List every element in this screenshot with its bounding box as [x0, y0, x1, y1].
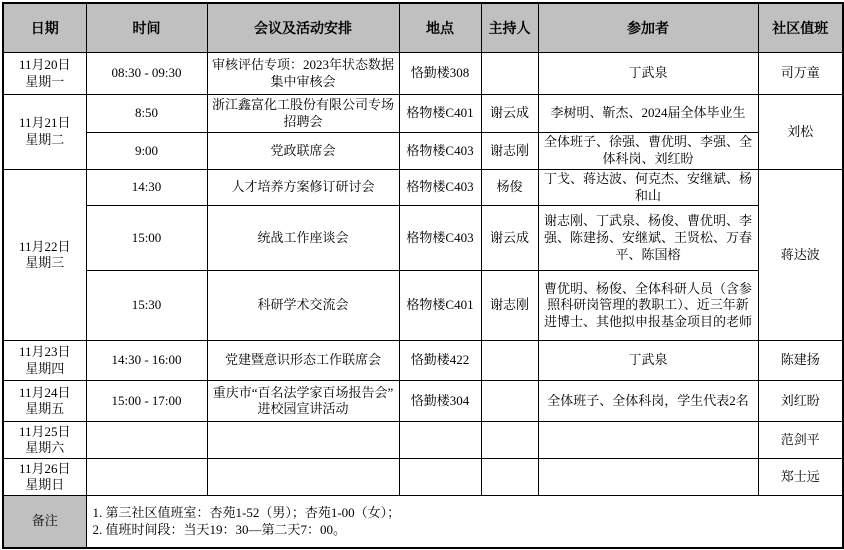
participants-cell: 丁戈、蒋达波、何克杰、安继斌、杨和山	[538, 170, 758, 206]
duty-cell: 司万童	[758, 53, 843, 95]
time-cell: 15:00 - 17:00	[86, 381, 207, 422]
date-text: 11月26日	[7, 461, 83, 478]
date-text: 11月25日	[7, 424, 83, 441]
location-cell: 恪勤楼308	[399, 53, 481, 95]
header-cell-participants: 参加者	[538, 3, 758, 53]
host-cell: 谢云成	[481, 95, 538, 133]
activity-cell: 人才培养方案修订研讨会	[207, 170, 399, 206]
table-row: 11月23日 星期四 14:30 - 16:00 党建暨意识形态工作联席会 恪勤…	[3, 341, 843, 381]
host-cell: 谢志刚	[481, 271, 538, 341]
table-row: 15:30 科研学术交流会 格物楼C401 谢志刚 曹优明、杨俊、全体科研人员（…	[3, 271, 843, 341]
date-cell: 11月21日 星期二	[3, 95, 86, 170]
host-cell	[481, 341, 538, 381]
weekday-text: 星期日	[7, 477, 83, 494]
time-cell	[86, 459, 207, 496]
participants-cell	[538, 459, 758, 496]
table-row: 11月26日 星期日 郑士远	[3, 459, 843, 496]
header-cell-host: 主持人	[481, 3, 538, 53]
host-cell: 谢云成	[481, 206, 538, 271]
weekday-text: 星期二	[7, 132, 83, 149]
remark-label: 备注	[3, 496, 86, 548]
host-cell: 谢志刚	[481, 133, 538, 170]
weekday-text: 星期三	[7, 255, 83, 272]
location-cell: 格物楼C403	[399, 133, 481, 170]
duty-cell: 蒋达波	[758, 170, 843, 341]
date-cell: 11月24日 星期五	[3, 381, 86, 422]
date-text: 11月21日	[7, 115, 83, 132]
date-cell: 11月22日 星期三	[3, 170, 86, 341]
date-cell: 11月20日 星期一	[3, 53, 86, 95]
location-cell: 格物楼C403	[399, 206, 481, 271]
activity-cell: 科研学术交流会	[207, 271, 399, 341]
duty-cell: 陈建扬	[758, 341, 843, 381]
time-cell: 14:30 - 16:00	[86, 341, 207, 381]
date-cell: 11月25日 星期六	[3, 422, 86, 459]
location-cell	[399, 422, 481, 459]
host-cell	[481, 459, 538, 496]
activity-cell: 重庆市“百名法学家百场报告会” 进校园宣讲活动	[207, 381, 399, 422]
activity-cell: 浙江鑫富化工股份有限公司专场招聘会	[207, 95, 399, 133]
activity-cell: 审核评估专项：2023年状态数据集中审核会	[207, 53, 399, 95]
header-cell-location: 地点	[399, 3, 481, 53]
table-row: 9:00 党政联席会 格物楼C403 谢志刚 全体班子、徐强、曹优明、李强、全体…	[3, 133, 843, 170]
location-cell: 格物楼C403	[399, 170, 481, 206]
duty-cell: 刘红盼	[758, 381, 843, 422]
location-cell: 格物楼C401	[399, 95, 481, 133]
date-text: 11月20日	[7, 57, 83, 74]
weekday-text: 星期四	[7, 361, 83, 378]
header-cell-activity: 会议及活动安排	[207, 3, 399, 53]
participants-cell: 李树明、靳杰、2024届全体毕业生	[538, 95, 758, 133]
table-row: 11月22日 星期三 14:30 人才培养方案修订研讨会 格物楼C403 杨俊 …	[3, 170, 843, 206]
table-row: 11月24日 星期五 15:00 - 17:00 重庆市“百名法学家百场报告会”…	[3, 381, 843, 422]
participants-cell: 曹优明、杨俊、全体科研人员（含参照科研岗管理的教职工）、近三年新进博士、其他拟申…	[538, 271, 758, 341]
date-text: 11月23日	[7, 344, 83, 361]
remark-line-1: 1. 第三社区值班室：杏苑1-52（男）；杏苑1-00（女）；	[93, 505, 840, 522]
participants-cell: 全体班子、徐强、曹优明、李强、全体科岗、刘红盼	[538, 133, 758, 170]
date-cell: 11月23日 星期四	[3, 341, 86, 381]
time-cell: 08:30 - 09:30	[86, 53, 207, 95]
participants-cell: 谢志刚、丁武泉、杨俊、曹优明、李强、陈建扬、安继斌、王贤松、万春平、陈国榕	[538, 206, 758, 271]
duty-cell: 郑士远	[758, 459, 843, 496]
header-cell-time: 时间	[86, 3, 207, 53]
participants-cell: 丁武泉	[538, 53, 758, 95]
host-cell: 杨俊	[481, 170, 538, 206]
weekday-text: 星期一	[7, 74, 83, 91]
host-cell	[481, 422, 538, 459]
duty-cell: 范剑平	[758, 422, 843, 459]
location-cell: 格物楼C401	[399, 271, 481, 341]
location-cell	[399, 459, 481, 496]
time-cell	[86, 422, 207, 459]
time-cell: 14:30	[86, 170, 207, 206]
activity-cell	[207, 422, 399, 459]
remark-row: 备注 1. 第三社区值班室：杏苑1-52（男）；杏苑1-00（女）； 2. 值班…	[3, 496, 843, 548]
participants-cell: 丁武泉	[538, 341, 758, 381]
time-cell: 8:50	[86, 95, 207, 133]
weekday-text: 星期五	[7, 401, 83, 418]
participants-cell	[538, 422, 758, 459]
location-cell: 恪勤楼422	[399, 341, 481, 381]
date-cell: 11月26日 星期日	[3, 459, 86, 496]
table-row: 11月25日 星期六 范剑平	[3, 422, 843, 459]
date-text: 11月22日	[7, 239, 83, 256]
location-cell: 恪勤楼304	[399, 381, 481, 422]
time-cell: 15:30	[86, 271, 207, 341]
duty-cell: 刘松	[758, 95, 843, 170]
activity-cell	[207, 459, 399, 496]
time-cell: 15:00	[86, 206, 207, 271]
header-cell-duty: 社区值班	[758, 3, 843, 53]
remark-body: 1. 第三社区值班室：杏苑1-52（男）；杏苑1-00（女）； 2. 值班时间段…	[86, 496, 843, 548]
header-row: 日期 时间 会议及活动安排 地点 主持人 参加者 社区值班	[3, 3, 843, 53]
participants-cell: 全体班子、全体科岗，学生代表2名	[538, 381, 758, 422]
time-cell: 9:00	[86, 133, 207, 170]
remark-line-2: 2. 值班时间段：当天19：30—第二天7：00。	[93, 522, 840, 539]
weekday-text: 星期六	[7, 440, 83, 457]
table-row: 11月21日 星期二 8:50 浙江鑫富化工股份有限公司专场招聘会 格物楼C40…	[3, 95, 843, 133]
table-row: 15:00 统战工作座谈会 格物楼C403 谢云成 谢志刚、丁武泉、杨俊、曹优明…	[3, 206, 843, 271]
host-cell	[481, 53, 538, 95]
table-row: 11月20日 星期一 08:30 - 09:30 审核评估专项：2023年状态数…	[3, 53, 843, 95]
date-text: 11月24日	[7, 385, 83, 402]
activity-cell: 党政联席会	[207, 133, 399, 170]
header-cell-date: 日期	[3, 3, 86, 53]
weekly-schedule-table: 日期 时间 会议及活动安排 地点 主持人 参加者 社区值班 11月20日 星期一…	[2, 2, 844, 549]
activity-cell: 统战工作座谈会	[207, 206, 399, 271]
weekly-schedule: 日期 时间 会议及活动安排 地点 主持人 参加者 社区值班 11月20日 星期一…	[2, 2, 844, 549]
activity-cell: 党建暨意识形态工作联席会	[207, 341, 399, 381]
host-cell	[481, 381, 538, 422]
